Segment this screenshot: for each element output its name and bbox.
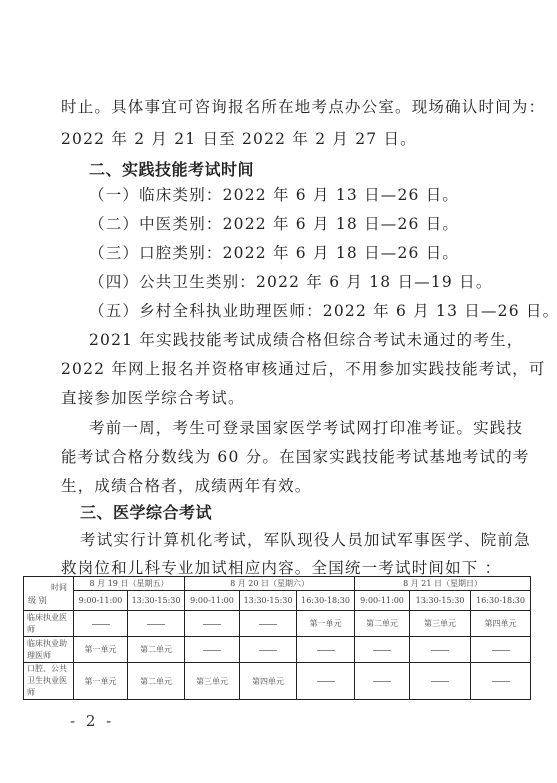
time-header: 13:30-15:30 bbox=[128, 591, 185, 611]
table-cell bbox=[410, 637, 471, 663]
empty-dash bbox=[317, 681, 335, 682]
table-cell bbox=[355, 663, 410, 700]
table-time-row: 9:00-11:00 13:30-15:30 9:00-11:00 13:30-… bbox=[24, 591, 531, 611]
table-cell: 第二单元 bbox=[128, 637, 185, 663]
paragraph-line: 生，成绩合格者，成绩两年有效。 bbox=[61, 474, 312, 496]
empty-dash bbox=[492, 650, 510, 651]
day-header: 8 月 20 日（星期六） bbox=[185, 577, 355, 591]
table-header-row: 时间 级 别 8 月 19 日（星期五） 8 月 20 日（星期六） 8 月 2… bbox=[24, 577, 531, 591]
table-cell bbox=[471, 637, 531, 663]
table-cell bbox=[355, 637, 410, 663]
table-cell: 第四单元 bbox=[240, 663, 297, 700]
table-cell: 第三单元 bbox=[410, 611, 471, 637]
paragraph-line: 救岗位和儿科专业加试相应内容。全国统一考试时间如下 ： bbox=[61, 556, 501, 578]
row-label: 口腔、公共卫生执业医师 bbox=[24, 663, 74, 700]
table-cell: 第三单元 bbox=[185, 663, 240, 700]
row-label: 临床执业医师 bbox=[24, 611, 74, 637]
paragraph-line: 考前一周，考生可登录国家医学考试网打印准考证。实践技 bbox=[89, 416, 523, 438]
table-cell bbox=[185, 637, 240, 663]
table-cell bbox=[240, 637, 297, 663]
time-header: 9:00-11:00 bbox=[74, 591, 128, 611]
corner-cell: 时间 级 别 bbox=[24, 577, 74, 611]
empty-dash bbox=[373, 681, 391, 682]
table-cell bbox=[128, 611, 185, 637]
empty-dash bbox=[259, 624, 277, 625]
list-item: （二）中医类别：2022 年 6 月 18 日—26 日。 bbox=[89, 212, 459, 234]
table-cell: 第一单元 bbox=[74, 663, 128, 700]
paragraph-line: 2021 年实践技能考试成绩合格但综合考试未通过的考生， bbox=[89, 328, 523, 350]
table-cell bbox=[410, 663, 471, 700]
day-header: 8 月 19 日（星期五） bbox=[74, 577, 185, 591]
empty-dash bbox=[431, 650, 449, 651]
table-row: 口腔、公共卫生执业医师 第一单元 第二单元 第三单元 第四单元 bbox=[24, 663, 531, 700]
time-header: 9:00-11:00 bbox=[185, 591, 240, 611]
paragraph-line: 能考试合格分数线为 60 分。在国家实践技能考试基地考试的考 bbox=[61, 445, 530, 467]
table-cell bbox=[74, 611, 128, 637]
time-header: 16:30-18:30 bbox=[297, 591, 355, 611]
empty-dash bbox=[92, 624, 110, 625]
paragraph-line: 直接参加医学综合考试。 bbox=[61, 386, 245, 408]
table-cell bbox=[240, 611, 297, 637]
day-header: 8 月 21 日（星期日） bbox=[355, 577, 531, 591]
table-cell bbox=[297, 663, 355, 700]
paragraph-line: 时止。具体事宜可咨询报名所在地考点办公室。现场确认时间为： bbox=[61, 95, 545, 117]
corner-time-label: 时间 bbox=[51, 582, 67, 593]
section-heading-comprehensive-exam: 三、医学综合考试 bbox=[80, 500, 212, 523]
table-cell: 第二单元 bbox=[128, 663, 185, 700]
section-heading-practical-skills: 二、实践技能考试时间 bbox=[89, 157, 254, 180]
paragraph-line: 考试实行计算机化考试，军队现役人员加试军事医学、院前急 bbox=[80, 528, 531, 550]
empty-dash bbox=[373, 650, 391, 651]
exam-schedule-table: 时间 级 别 8 月 19 日（星期五） 8 月 20 日（星期六） 8 月 2… bbox=[23, 576, 531, 700]
list-item: （一）临床类别：2022 年 6 月 13 日—26 日。 bbox=[89, 183, 459, 205]
table-cell bbox=[185, 611, 240, 637]
list-item: （五）乡村全科执业助理医师：2022 年 6 月 13 日—26 日。 bbox=[89, 299, 557, 321]
time-header: 16:30-18:30 bbox=[471, 591, 531, 611]
corner-category-label: 级 别 bbox=[28, 595, 47, 606]
empty-dash bbox=[259, 650, 277, 651]
row-label: 临床执业助理医师 bbox=[24, 637, 74, 663]
table-cell bbox=[471, 663, 531, 700]
paragraph-line: 2022 年网上报名并资格审核通过后，不用参加实践技能考试，可 bbox=[61, 357, 546, 379]
empty-dash bbox=[431, 681, 449, 682]
empty-dash bbox=[317, 650, 335, 651]
time-header: 13:30-15:30 bbox=[410, 591, 471, 611]
table-cell: 第四单元 bbox=[471, 611, 531, 637]
table-cell: 第一单元 bbox=[74, 637, 128, 663]
page-number: - 2 - bbox=[70, 712, 114, 730]
table-cell bbox=[297, 637, 355, 663]
table-cell: 第一单元 bbox=[297, 611, 355, 637]
table-row: 临床执业医师 第一单元 第二单元 第三单元 第四单元 bbox=[24, 611, 531, 637]
time-header: 9:00-11:00 bbox=[355, 591, 410, 611]
list-item: （四）公共卫生类别：2022 年 6 月 18 日—19 日。 bbox=[89, 270, 493, 292]
paragraph-line: 2022 年 2 月 21 日至 2022 年 2 月 27 日。 bbox=[61, 127, 417, 149]
table-cell: 第二单元 bbox=[355, 611, 410, 637]
table-row: 临床执业助理医师 第一单元 第二单元 bbox=[24, 637, 531, 663]
list-item: （三）口腔类别：2022 年 6 月 18 日—26 日。 bbox=[89, 241, 459, 263]
empty-dash bbox=[147, 624, 165, 625]
time-header: 13:30-15:30 bbox=[240, 591, 297, 611]
empty-dash bbox=[203, 624, 221, 625]
empty-dash bbox=[203, 650, 221, 651]
empty-dash bbox=[492, 681, 510, 682]
